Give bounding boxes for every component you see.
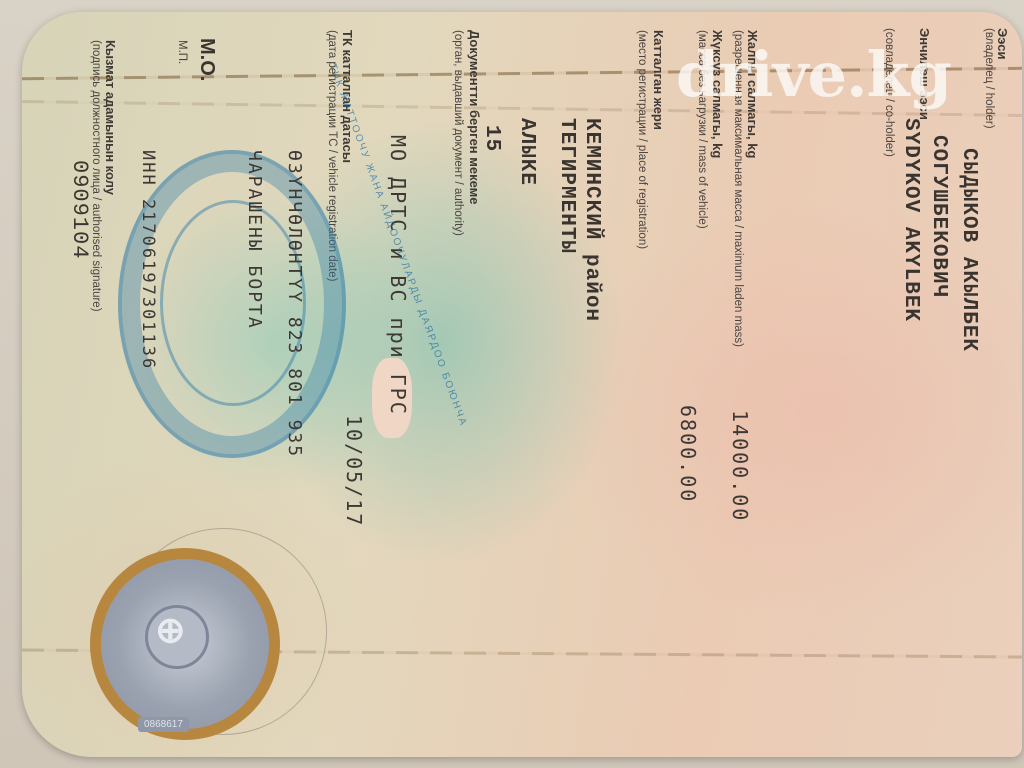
seal-label-ru: М.П. (176, 40, 188, 64)
officer-line1: ӨЗҮНЧӨЛӨНТҮҮ 823 801 935 (284, 150, 305, 458)
registration-place-line4: 15 (480, 125, 503, 152)
owner-label-sub: (владелец / holder) (983, 28, 995, 129)
emblem-icon: ⊕ (150, 616, 192, 646)
authority-value-badge: при (386, 318, 410, 360)
max-mass-value: 14000.00 (728, 410, 752, 522)
officer-line3: ИНН 21706197301136 (138, 150, 158, 370)
officer-line2: ЧАРАШЕНЫ БОРТА (244, 150, 265, 330)
registration-date-value: 10/05/17 (342, 415, 366, 527)
owner-name: СЫДЫКОВ АКЫЛБЕК (957, 148, 980, 352)
unladen-mass-value: 6800.00 (676, 405, 700, 503)
authority-label: Документти берген мекеме (467, 30, 482, 205)
owner-name-latin: SYDYKOV AKYLBEK (899, 118, 922, 322)
registration-place-label-sub: (место регистрации / place of registrati… (636, 30, 648, 249)
seal-label: М.О. (195, 38, 218, 81)
registration-place-line2: ТЕГИРМЕНТЫ (555, 118, 578, 254)
signature-label: Кызмат адамынын колу (103, 40, 118, 195)
authority-label-sub: (орган, выдавший документ / authority) (452, 30, 464, 236)
registration-place-line3: АЛЫКЕ (515, 118, 538, 186)
hologram-number: 0868617 (138, 717, 189, 732)
registration-place-label: Катталган жери (651, 30, 666, 130)
serial-number: 0909104 (67, 160, 92, 259)
authority-value-part2: ГРС (386, 374, 410, 416)
watermark-logo: drive.kg (676, 38, 951, 111)
owner-label: Ээси (995, 28, 1010, 59)
owner-patronymic: СОГУШБЕКОВИЧ (927, 135, 950, 298)
registration-place-line1: КЕМИНСКИЙ район (580, 118, 603, 322)
